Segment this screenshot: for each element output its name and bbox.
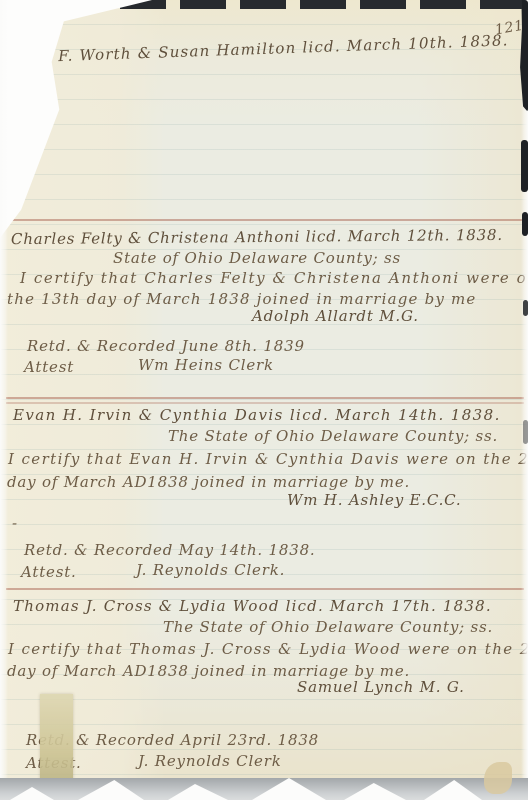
section-rule-2: [6, 397, 524, 399]
record-cross-signature: Samuel Lynch M. G.: [297, 678, 465, 696]
record-irvin-signature: Wm H. Ashley E.C.C.: [287, 491, 461, 509]
record-felty-cert-line1: I certify that Charles Felty & Christena…: [20, 269, 528, 287]
paper-curl-bottom-right: [484, 762, 512, 794]
record-cross-venue: The State of Ohio Delaware County; ss.: [163, 618, 493, 636]
binding-mark: [522, 212, 528, 236]
paper-edge-left: [0, 0, 8, 800]
section-rule-1: [6, 219, 524, 221]
binding-mark: [521, 140, 528, 192]
paper-edge-right: [521, 0, 528, 800]
record-cross-cert-line1: I certify that Thomas J. Cross & Lydia W…: [8, 640, 528, 658]
scanned-ledger-page: 121 John F. Worth & Susan Hamilton licd.…: [0, 0, 528, 800]
binding-mark: [523, 300, 528, 316]
record-irvin-header: Evan H. Irvin & Cynthia Davis licd. Marc…: [13, 406, 501, 424]
record-cross-header: Thomas J. Cross & Lydia Wood licd. March…: [13, 597, 492, 615]
record-irvin-venue: The State of Ohio Delaware County; ss.: [168, 427, 498, 445]
record-felty-attest-name: Wm Heins Clerk: [138, 356, 274, 374]
record-irvin-cert-line1: I certify that Evan H. Irvin & Cynthia D…: [8, 450, 528, 468]
record-felty-venue: State of Ohio Delaware County; ss: [113, 249, 401, 267]
record-irvin-returned: Retd. & Recorded May 14th. 1838.: [24, 541, 315, 559]
record-cross-attest-name: J. Reynolds Clerk: [138, 752, 282, 770]
section-rule-2b: [6, 402, 524, 404]
record-irvin-cert-line2: day of March AD1838 joined in marriage b…: [7, 473, 410, 491]
record-irvin-attest-name: J. Reynolds Clerk.: [136, 561, 285, 579]
record-felty-attest-label: Attest: [24, 358, 74, 376]
binding-mark: [523, 420, 528, 444]
record-irvin-margin-dash: -: [12, 514, 18, 532]
record-irvin-attest-label: Attest.: [21, 563, 77, 581]
record-felty-signature: Adolph Allardt M.G.: [252, 307, 419, 325]
record-felty-cert-line2: the 13th day of March 1838 joined in mar…: [7, 290, 477, 308]
record-felty-returned: Retd. & Recorded June 8th. 1839: [27, 337, 305, 355]
section-rule-3: [6, 588, 524, 590]
